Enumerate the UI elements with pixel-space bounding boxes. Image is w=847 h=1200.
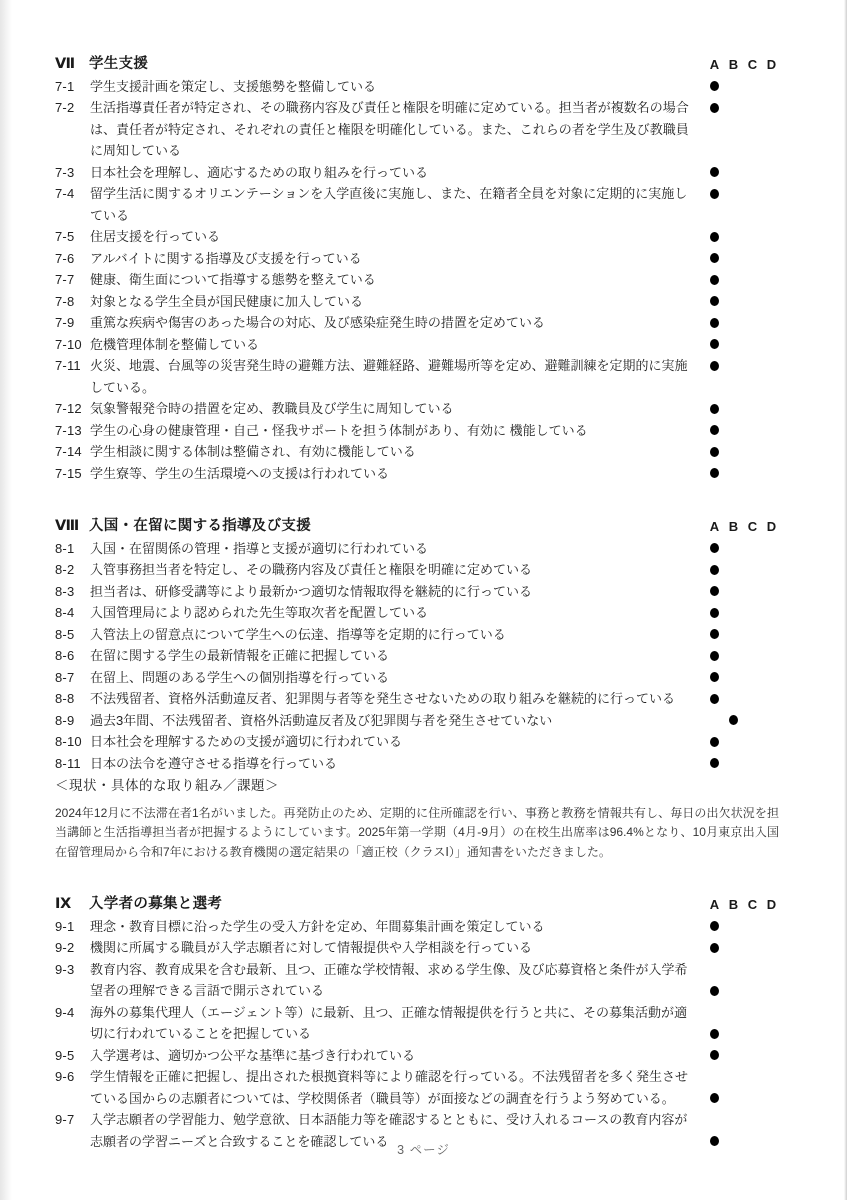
rating-cell-c (743, 226, 762, 248)
item-text: 危機管理体制を整備している (90, 334, 705, 356)
rating-cell-b (724, 183, 743, 205)
rating-dot (710, 189, 719, 199)
item-text: 在留上、問題のある学生への個別指導を行っている (90, 667, 705, 689)
item-text: 重篤な疾病や傷害のあった場合の対応、及び感染症発生時の措置を定めている (90, 312, 705, 334)
rating-cell-c (743, 463, 762, 485)
rating-cell-c (743, 559, 762, 581)
checklist-item: 8-4 入国管理局により認められた先生等取次者を配置している (55, 602, 781, 624)
item-rating-cells (705, 441, 781, 463)
rating-cell-b (724, 312, 743, 334)
item-number: 8-2 (55, 559, 90, 581)
item-text: 学生情報を正確に把握し、提出された根拠資料等により確認を行っている。不法残留者を… (90, 1066, 705, 1109)
rating-column-label: B (724, 54, 743, 76)
rating-cell-d (762, 916, 781, 938)
rating-cell-c (743, 753, 762, 775)
checklist-item: 8-5 入管法上の留意点について学生への伝達、指導等を定期的に行っている (55, 624, 781, 646)
rating-cell-d (762, 645, 781, 667)
item-text: 学生の心身の健康管理・自己・怪我サポートを担う体制があり、有効に 機能している (90, 420, 705, 442)
section-header: Ⅷ入国・在留に関する指導及び支援 ABCD (55, 516, 781, 538)
rating-dot (710, 565, 719, 575)
document-body: Ⅶ学生支援 ABCD 7-1 学生支援計画を策定し、支援態勢を整備している 7-… (55, 54, 781, 1152)
rating-cell-a (705, 162, 724, 184)
item-number: 8-4 (55, 602, 90, 624)
item-number: 7-4 (55, 183, 90, 205)
rating-dot (710, 586, 719, 596)
item-rating-cells (705, 710, 781, 732)
item-rating-cells (705, 1023, 781, 1045)
item-text: 入国管理局により認められた先生等取次者を配置している (90, 602, 705, 624)
rating-dot (710, 275, 719, 285)
section-heading: Ⅸ入学者の募集と選考 (55, 894, 705, 916)
rating-column-label: D (762, 894, 781, 916)
item-text: 機関に所属する職員が入学志願者に対して情報提供や入学相談を行っている (90, 937, 705, 959)
rating-cell-c (743, 183, 762, 205)
item-number: 7-11 (55, 355, 90, 377)
rating-cell-b (724, 76, 743, 98)
rating-cell-d (762, 76, 781, 98)
item-rating-cells (705, 248, 781, 270)
rating-cell-d (762, 753, 781, 775)
checklist-item: 7-15 学生寮等、学生の生活環境への支援は行われている (55, 463, 781, 485)
item-number: 8-6 (55, 645, 90, 667)
checklist-item: 7-13 学生の心身の健康管理・自己・怪我サポートを担う体制があり、有効に 機能… (55, 420, 781, 442)
rating-cell-c (743, 624, 762, 646)
rating-cell-a (705, 667, 724, 689)
rating-cell-c (743, 291, 762, 313)
section-title: 入国・在留に関する指導及び支援 (89, 518, 311, 534)
item-number: 7-6 (55, 248, 90, 270)
checklist-item: 7-6 アルバイトに関する指導及び支援を行っている (55, 248, 781, 270)
rating-cell-a (705, 581, 724, 603)
rating-cell-b (724, 688, 743, 710)
section-items: 9-1 理念・教育目標に沿った学生の受入方針を定め、年間募集計画を策定している … (55, 916, 781, 1153)
rating-dot (710, 361, 719, 371)
rating-cell-a (705, 753, 724, 775)
item-number: 7-10 (55, 334, 90, 356)
item-rating-cells (705, 463, 781, 485)
section-heading: Ⅷ入国・在留に関する指導及び支援 (55, 516, 705, 538)
rating-cell-a (705, 538, 724, 560)
item-rating-cells (705, 420, 781, 442)
rating-cell-d (762, 183, 781, 205)
item-rating-cells (705, 602, 781, 624)
rating-cell-d (762, 226, 781, 248)
rating-cell-b (724, 291, 743, 313)
rating-dot (710, 103, 719, 113)
item-rating-cells (705, 183, 781, 205)
rating-dot (710, 404, 719, 414)
rating-dot (710, 672, 719, 682)
rating-dot (729, 715, 738, 725)
rating-cell-d (762, 937, 781, 959)
checklist-item: 8-1 入国・在留関係の管理・指導と支援が適切に行われている (55, 538, 781, 560)
item-text: 火災、地震、台風等の災害発生時の避難方法、避難経路、避難場所等を定め、避難訓練を… (90, 355, 705, 398)
rating-cell-c (743, 334, 762, 356)
rating-cell-b (724, 667, 743, 689)
rating-dot (710, 629, 719, 639)
rating-cell-d (762, 581, 781, 603)
checklist-item: 7-4 留学生活に関するオリエンテーションを入学直後に実施し、また、在籍者全員を… (55, 183, 781, 226)
rating-cell-a (705, 645, 724, 667)
rating-header: ABCD (705, 54, 781, 76)
checklist-item: 7-10 危機管理体制を整備している (55, 334, 781, 356)
checklist-item: 8-7 在留上、問題のある学生への個別指導を行っている (55, 667, 781, 689)
rating-cell-a (705, 602, 724, 624)
rating-cell-b (724, 398, 743, 420)
item-text: 入管法上の留意点について学生への伝達、指導等を定期的に行っている (90, 624, 705, 646)
item-rating-cells (705, 538, 781, 560)
rating-cell-c (743, 441, 762, 463)
checklist-item: 9-5 入学選考は、適切かつ公平な基準に基づき行われている (55, 1045, 781, 1067)
rating-cell-d (762, 312, 781, 334)
rating-column-label: C (743, 894, 762, 916)
rating-cell-a (705, 441, 724, 463)
checklist-item: 8-6 在留に関する学生の最新情報を正確に把握している (55, 645, 781, 667)
rating-column-label: C (743, 54, 762, 76)
checklist-item: 9-4 海外の募集代理人（エージェント等）に最新、且つ、正確な情報提供を行うと共… (55, 1002, 781, 1045)
rating-cell-a (705, 1023, 724, 1045)
rating-dot (710, 232, 719, 242)
rating-cell-d (762, 602, 781, 624)
rating-cell-d (762, 624, 781, 646)
rating-cell-d (762, 688, 781, 710)
checklist-item: 9-1 理念・教育目標に沿った学生の受入方針を定め、年間募集計画を策定している (55, 916, 781, 938)
rating-cell-b (724, 710, 743, 732)
rating-cell-d (762, 463, 781, 485)
rating-cell-d (762, 538, 781, 560)
section-note: ＜現状・具体的な取り組み／課題＞ 2024年12月に不法滞在者1名がいました。再… (55, 775, 781, 862)
rating-dot (710, 1093, 719, 1103)
rating-cell-d (762, 441, 781, 463)
rating-dot (710, 737, 719, 747)
item-rating-cells (705, 1045, 781, 1067)
section-heading: Ⅶ学生支援 (55, 54, 705, 76)
rating-column-label: C (743, 516, 762, 538)
rating-header: ABCD (705, 516, 781, 538)
rating-cell-a (705, 1088, 724, 1110)
rating-cell-c (743, 731, 762, 753)
rating-dot (710, 339, 719, 349)
rating-cell-b (724, 269, 743, 291)
item-rating-cells (705, 291, 781, 313)
note-body: 2024年12月に不法滞在者1名がいました。再発防止のため、定期的に住所確認を行… (55, 804, 781, 863)
checklist-item: 7-11 火災、地震、台風等の災害発生時の避難方法、避難経路、避難場所等を定め、… (55, 355, 781, 398)
checklist-item: 9-6 学生情報を正確に把握し、提出された根拠資料等により確認を行っている。不法… (55, 1066, 781, 1109)
item-rating-cells (705, 645, 781, 667)
item-text: 日本社会を理解するための支援が適切に行われている (90, 731, 705, 753)
rating-dot (710, 986, 719, 996)
rating-cell-c (743, 602, 762, 624)
item-number: 7-15 (55, 463, 90, 485)
item-number: 8-11 (55, 753, 90, 775)
rating-cell-d (762, 97, 781, 119)
rating-cell-a (705, 688, 724, 710)
rating-cell-a (705, 226, 724, 248)
item-text: 生活指導責任者が特定され、その職務内容及び責任と権限を明確に定めている。担当者が… (90, 97, 705, 162)
item-text: 入学選考は、適切かつ公平な基準に基づき行われている (90, 1045, 705, 1067)
rating-cell-a (705, 1045, 724, 1067)
checklist-item: 7-14 学生相談に関する体制は整備され、有効に機能している (55, 441, 781, 463)
rating-cell-a (705, 559, 724, 581)
rating-cell-d (762, 291, 781, 313)
rating-cell-a (705, 710, 724, 732)
rating-cell-c (743, 645, 762, 667)
rating-cell-b (724, 937, 743, 959)
checklist-item: 8-2 入管事務担当者を特定し、その職務内容及び責任と権限を明確に定めている (55, 559, 781, 581)
rating-cell-c (743, 269, 762, 291)
item-text: 学生寮等、学生の生活環境への支援は行われている (90, 463, 705, 485)
rating-column-label: A (705, 516, 724, 538)
checklist-item: 8-9 過去3年間、不法残留者、資格外活動違反者及び犯罪関与者を発生させていない (55, 710, 781, 732)
rating-column-label: A (705, 54, 724, 76)
rating-dot (710, 447, 719, 457)
checklist-item: 7-3 日本社会を理解し、適応するための取り組みを行っている (55, 162, 781, 184)
item-number: 8-7 (55, 667, 90, 689)
item-number: 7-5 (55, 226, 90, 248)
item-text: 対象となる学生全員が国民健康に加入している (90, 291, 705, 313)
checklist-item: 7-1 学生支援計画を策定し、支援態勢を整備している (55, 76, 781, 98)
item-rating-cells (705, 162, 781, 184)
item-text: 健康、衛生面について指導する態勢を整えている (90, 269, 705, 291)
item-text: 在留に関する学生の最新情報を正確に把握している (90, 645, 705, 667)
item-number: 8-1 (55, 538, 90, 560)
rating-cell-b (724, 538, 743, 560)
item-text: 担当者は、研修受講等により最新かつ適切な情報取得を継続的に行っている (90, 581, 705, 603)
rating-cell-a (705, 97, 724, 119)
rating-cell-c (743, 581, 762, 603)
checklist-item: 7-7 健康、衛生面について指導する態勢を整えている (55, 269, 781, 291)
rating-column-label: B (724, 894, 743, 916)
rating-cell-b (724, 602, 743, 624)
section-title: 入学者の募集と選考 (89, 896, 222, 912)
rating-dot (710, 253, 719, 263)
item-text: アルバイトに関する指導及び支援を行っている (90, 248, 705, 270)
rating-cell-b (724, 334, 743, 356)
item-rating-cells (705, 312, 781, 334)
item-rating-cells (705, 97, 781, 119)
rating-column-label: D (762, 54, 781, 76)
rating-dot (710, 608, 719, 618)
item-rating-cells (705, 269, 781, 291)
item-rating-cells (705, 731, 781, 753)
rating-cell-b (724, 162, 743, 184)
item-number: 9-1 (55, 916, 90, 938)
rating-cell-b (724, 1088, 743, 1110)
checklist-item: 9-3 教育内容、教育成果を含む最新、且つ、正確な学校情報、求める学生像、及び応… (55, 959, 781, 1002)
rating-cell-d (762, 398, 781, 420)
item-number: 9-2 (55, 937, 90, 959)
item-text: 不法残留者、資格外活動違反者、犯罪関与者等を発生させないための取り組みを継続的に… (90, 688, 705, 710)
rating-cell-b (724, 645, 743, 667)
rating-dot (710, 318, 719, 328)
section-title: 学生支援 (89, 56, 148, 72)
checklist-item: 8-11 日本の法令を遵守させる指導を行っている (55, 753, 781, 775)
rating-cell-b (724, 753, 743, 775)
rating-dot (710, 81, 719, 91)
item-rating-cells (705, 980, 781, 1002)
item-text: 日本の法令を遵守させる指導を行っている (90, 753, 705, 775)
checklist-item: 7-9 重篤な疾病や傷害のあった場合の対応、及び感染症発生時の措置を定めている (55, 312, 781, 334)
rating-cell-a (705, 420, 724, 442)
item-number: 7-13 (55, 420, 90, 442)
rating-cell-a (705, 463, 724, 485)
rating-cell-c (743, 980, 762, 1002)
rating-cell-a (705, 355, 724, 377)
rating-dot (710, 425, 719, 435)
item-rating-cells (705, 937, 781, 959)
rating-cell-b (724, 624, 743, 646)
rating-dot (710, 943, 719, 953)
rating-cell-c (743, 937, 762, 959)
rating-column-label: A (705, 894, 724, 916)
item-text: 住居支援を行っている (90, 226, 705, 248)
rating-cell-b (724, 980, 743, 1002)
section-numeral: Ⅷ (55, 516, 89, 538)
item-number: 7-9 (55, 312, 90, 334)
evaluation-section: Ⅸ入学者の募集と選考 ABCD 9-1 理念・教育目標に沿った学生の受入方針を定… (55, 894, 781, 1152)
section-items: 7-1 学生支援計画を策定し、支援態勢を整備している 7-2 生活指導責任者が特… (55, 76, 781, 485)
rating-cell-a (705, 334, 724, 356)
item-number: 9-5 (55, 1045, 90, 1067)
item-text: 教育内容、教育成果を含む最新、且つ、正確な学校情報、求める学生像、及び応募資格と… (90, 959, 705, 1002)
item-rating-cells (705, 398, 781, 420)
rating-cell-d (762, 162, 781, 184)
rating-cell-c (743, 355, 762, 377)
rating-cell-a (705, 269, 724, 291)
rating-column-label: D (762, 516, 781, 538)
checklist-item: 8-8 不法残留者、資格外活動違反者、犯罪関与者等を発生させないための取り組みを… (55, 688, 781, 710)
note-heading: ＜現状・具体的な取り組み／課題＞ (55, 775, 781, 797)
rating-cell-c (743, 688, 762, 710)
item-number: 8-10 (55, 731, 90, 753)
rating-cell-b (724, 355, 743, 377)
rating-cell-d (762, 248, 781, 270)
item-number: 7-12 (55, 398, 90, 420)
rating-cell-b (724, 1045, 743, 1067)
rating-cell-a (705, 916, 724, 938)
rating-cell-a (705, 937, 724, 959)
item-text: 理念・教育目標に沿った学生の受入方針を定め、年間募集計画を策定している (90, 916, 705, 938)
rating-cell-b (724, 916, 743, 938)
rating-dot (710, 296, 719, 306)
item-rating-cells (705, 226, 781, 248)
item-rating-cells (705, 559, 781, 581)
rating-dot (710, 468, 719, 478)
checklist-item: 9-2 機関に所属する職員が入学志願者に対して情報提供や入学相談を行っている (55, 937, 781, 959)
item-number: 8-8 (55, 688, 90, 710)
rating-cell-a (705, 980, 724, 1002)
rating-cell-c (743, 667, 762, 689)
rating-cell-a (705, 398, 724, 420)
rating-cell-d (762, 1023, 781, 1045)
rating-dot (710, 543, 719, 553)
checklist-item: 7-8 対象となる学生全員が国民健康に加入している (55, 291, 781, 313)
item-rating-cells (705, 753, 781, 775)
rating-dot (710, 694, 719, 704)
item-text: 学生相談に関する体制は整備され、有効に機能している (90, 441, 705, 463)
page-left-shadow (0, 0, 12, 1200)
item-text: 海外の募集代理人（エージェント等）に最新、且つ、正確な情報提供を行うと共に、その… (90, 1002, 705, 1045)
rating-cell-a (705, 731, 724, 753)
section-header: Ⅸ入学者の募集と選考 ABCD (55, 894, 781, 916)
rating-cell-a (705, 624, 724, 646)
page-number: 3 ページ (0, 1140, 847, 1200)
rating-cell-d (762, 269, 781, 291)
item-number: 8-3 (55, 581, 90, 603)
rating-cell-c (743, 248, 762, 270)
item-number: 7-3 (55, 162, 90, 184)
rating-dot (710, 758, 719, 768)
item-text: 入管事務担当者を特定し、その職務内容及び責任と権限を明確に定めている (90, 559, 705, 581)
rating-cell-c (743, 710, 762, 732)
item-text: 日本社会を理解し、適応するための取り組みを行っている (90, 162, 705, 184)
checklist-item: 7-2 生活指導責任者が特定され、その職務内容及び責任と権限を明確に定めている。… (55, 97, 781, 162)
rating-cell-c (743, 398, 762, 420)
item-text: 入国・在留関係の管理・指導と支援が適切に行われている (90, 538, 705, 560)
item-text: 気象警報発令時の措置を定め、教職員及び学生に周知している (90, 398, 705, 420)
rating-cell-a (705, 183, 724, 205)
item-number: 7-2 (55, 97, 90, 119)
rating-cell-d (762, 420, 781, 442)
item-number: 9-3 (55, 959, 90, 981)
item-text: 留学生活に関するオリエンテーションを入学直後に実施し、また、在籍者全員を対象に定… (90, 183, 705, 226)
rating-header: ABCD (705, 894, 781, 916)
rating-cell-b (724, 420, 743, 442)
rating-cell-a (705, 291, 724, 313)
section-numeral: Ⅶ (55, 54, 89, 76)
rating-cell-d (762, 710, 781, 732)
rating-cell-c (743, 538, 762, 560)
rating-cell-d (762, 559, 781, 581)
rating-cell-d (762, 334, 781, 356)
item-number: 8-5 (55, 624, 90, 646)
item-number: 9-7 (55, 1109, 90, 1131)
rating-dot (710, 651, 719, 661)
rating-cell-c (743, 97, 762, 119)
rating-cell-a (705, 312, 724, 334)
section-numeral: Ⅸ (55, 894, 89, 916)
section-items: 8-1 入国・在留関係の管理・指導と支援が適切に行われている 8-2 入管事務担… (55, 538, 781, 775)
section-header: Ⅶ学生支援 ABCD (55, 54, 781, 76)
rating-cell-b (724, 226, 743, 248)
rating-dot (710, 1029, 719, 1039)
document-page: { "page": { "footer": "3 ページ" }, "rating… (0, 0, 847, 1200)
evaluation-section: Ⅷ入国・在留に関する指導及び支援 ABCD 8-1 入国・在留関係の管理・指導と… (55, 516, 781, 862)
item-number: 8-9 (55, 710, 90, 732)
rating-cell-b (724, 559, 743, 581)
checklist-item: 8-10 日本社会を理解するための支援が適切に行われている (55, 731, 781, 753)
item-text: 学生支援計画を策定し、支援態勢を整備している (90, 76, 705, 98)
rating-cell-c (743, 76, 762, 98)
item-rating-cells (705, 624, 781, 646)
rating-cell-b (724, 248, 743, 270)
rating-cell-b (724, 97, 743, 119)
rating-cell-d (762, 1045, 781, 1067)
rating-cell-b (724, 581, 743, 603)
rating-cell-b (724, 731, 743, 753)
item-rating-cells (705, 581, 781, 603)
rating-cell-c (743, 1023, 762, 1045)
rating-cell-c (743, 162, 762, 184)
item-rating-cells (705, 334, 781, 356)
item-rating-cells (705, 916, 781, 938)
checklist-item: 7-5 住居支援を行っている (55, 226, 781, 248)
rating-cell-d (762, 1088, 781, 1110)
rating-cell-c (743, 1088, 762, 1110)
item-rating-cells (705, 667, 781, 689)
checklist-item: 8-3 担当者は、研修受講等により最新かつ適切な情報取得を継続的に行っている (55, 581, 781, 603)
item-rating-cells (705, 688, 781, 710)
